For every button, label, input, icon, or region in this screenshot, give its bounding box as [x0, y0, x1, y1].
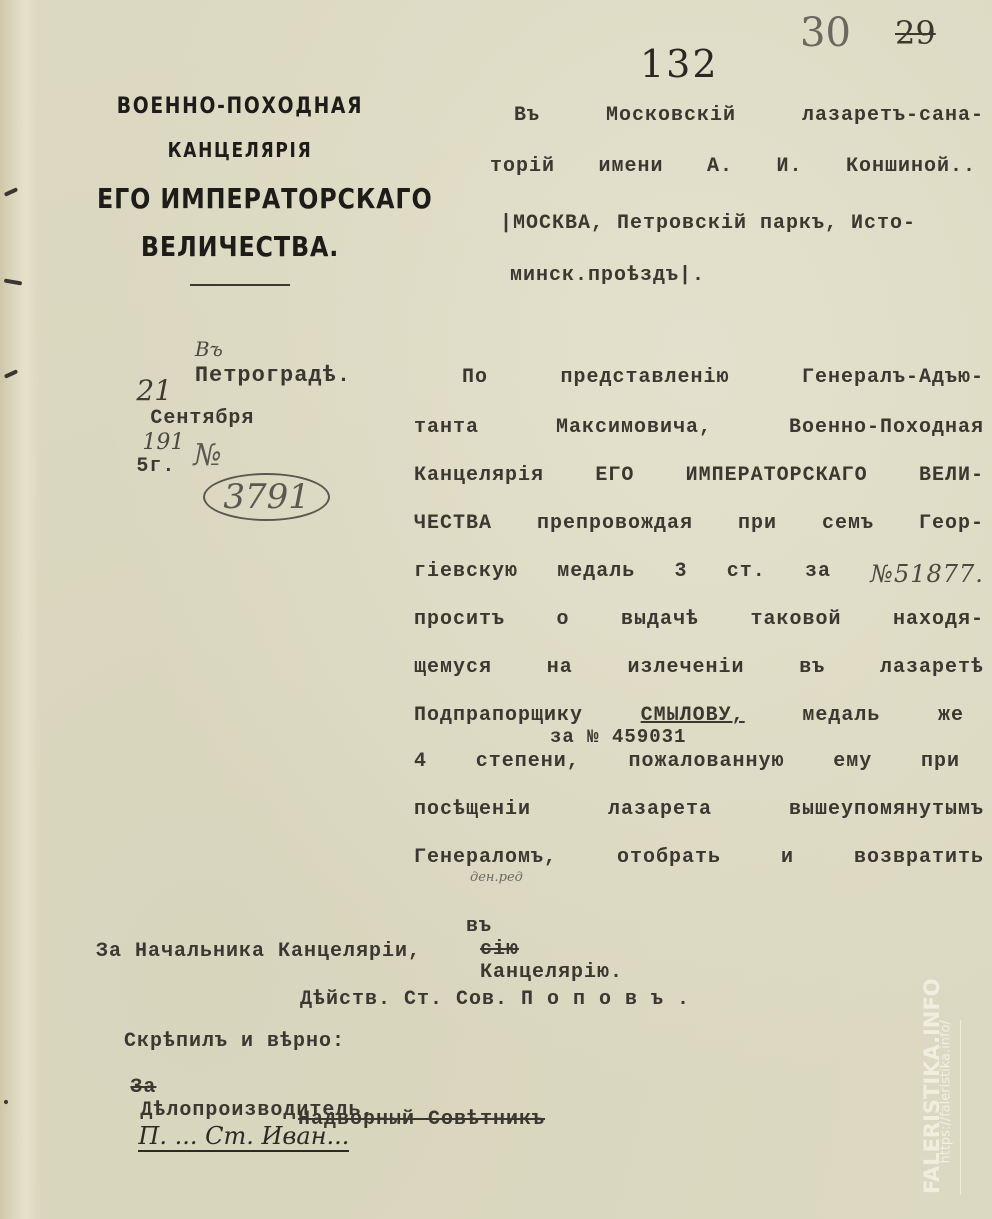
word: представленію [560, 366, 729, 389]
inserted-medal-number: за № 459031 [550, 726, 686, 748]
word: о [556, 608, 569, 631]
word: возвратить [854, 846, 984, 869]
body-line: По представленію Генералъ-Адъю- [462, 366, 984, 389]
page-number-typed: 132 [640, 42, 719, 86]
letterhead-line-2: КАНЦЕЛЯРІЯ [113, 138, 368, 162]
margin-mark [4, 187, 18, 197]
word: проситъ [414, 608, 505, 631]
word: ЕГО [595, 464, 634, 487]
word: отобрать [617, 846, 721, 869]
word: при [738, 512, 777, 535]
letterhead-divider [190, 284, 290, 286]
address-line-3: |МОСКВА, Петровскій паркъ, Исто- [500, 212, 916, 235]
word: торій [490, 155, 555, 178]
word: И. [776, 155, 802, 178]
margin-mark [4, 278, 22, 285]
word: А. [707, 155, 733, 178]
body-line: танта Максимовича, Военно-Походная [414, 416, 984, 439]
word: медаль [802, 704, 880, 727]
word: ВЕЛИ- [919, 464, 984, 487]
word: ст. [727, 560, 766, 588]
signer-line: Дѣйств. Ст. Сов. П о п о в ъ . [300, 988, 690, 1011]
page-number-struck: 29 [895, 14, 936, 52]
number-sign: № [193, 438, 221, 473]
word: выдачѣ [621, 608, 699, 631]
for-chief-line: За Начальника Канцеляріи, [96, 940, 421, 963]
word: Коншиной.. [846, 155, 976, 178]
word: щемуся [414, 656, 492, 679]
word: ИМПЕРАТОРСКАГО [686, 464, 868, 487]
word: посѣщеніи [414, 798, 531, 821]
word: ЧЕСТВА [414, 512, 492, 535]
word: при [921, 750, 960, 773]
body-line: щемуся на излеченіи въ лазаретѣ [414, 656, 984, 679]
word: Максимовича, [556, 416, 712, 439]
word: же [938, 704, 964, 727]
word: вышеупомянутымъ [789, 798, 984, 821]
letterhead-line-1: ВОЕННО-ПОХОДНАЯ [113, 94, 368, 119]
word: Канцелярія [414, 464, 544, 487]
word: 3 [675, 560, 688, 588]
struck-word: сію [480, 938, 519, 961]
word: танта [414, 416, 479, 439]
watermark-url: https://faleristika.info/ [939, 1018, 954, 1198]
word: семъ [822, 512, 874, 535]
watermark: FALERISTIKA.INFO https://faleristika.inf… [904, 1020, 964, 1195]
address-line-4: минск.проѣздъ|. [510, 264, 705, 287]
word: Военно-Походная [789, 416, 984, 439]
word: лазаретѣ [880, 656, 984, 679]
word: таковой [750, 608, 841, 631]
word: Генералъ-Адъю- [802, 366, 984, 389]
word: и [781, 846, 794, 869]
address-line-1: Въ Московскій лазаретъ-сана- [514, 104, 984, 127]
number-value: 3791 [203, 473, 330, 521]
word: препровождая [537, 512, 693, 535]
body-line: Канцелярія ЕГО ИМПЕРАТОРСКАГО ВЕЛИ- [414, 464, 984, 487]
date-day: 21 [136, 374, 172, 407]
struck-title: Надворный Совѣтникъ [298, 1108, 545, 1131]
word: Подпрапорщику [414, 704, 583, 727]
struck-prefix: За [130, 1076, 156, 1099]
word: пожалованную [628, 750, 784, 773]
word: По [462, 366, 488, 389]
surname-underlined: СМЫЛОВУ, [641, 704, 745, 727]
medal-number-handwritten: №51877. [870, 560, 984, 588]
word: излеченіи [627, 656, 744, 679]
word: имени [598, 155, 663, 178]
word: лазаретъ-сана- [802, 104, 984, 127]
body-line: Подпрапорщику СМЫЛОВУ, медаль же [414, 704, 964, 727]
margin-mark [3, 1099, 8, 1104]
margin-mark [4, 369, 18, 379]
word: ему [833, 750, 872, 773]
word: лазарета [608, 798, 712, 821]
word: гіевскую [414, 560, 518, 588]
word: 4 [414, 750, 427, 773]
letterhead-line-3: ЕГО ИМПЕРАТОРСКАГО [97, 182, 403, 215]
word: Генераломъ, [414, 846, 557, 869]
word: Канцелярію. [480, 961, 623, 984]
outgoing-number: № 3791 [155, 420, 330, 539]
attested-line: Скрѣпилъ и вѣрно: [124, 1030, 345, 1053]
letterhead-line-4: ВЕЛИЧЕСТВА. [113, 230, 368, 263]
watermark-divider [960, 1020, 961, 1195]
body-line: ЧЕСТВА препровождая при семъ Геор- [414, 512, 984, 535]
word: на [547, 656, 573, 679]
word: находя- [893, 608, 984, 631]
word: Московскій [606, 104, 736, 127]
word: степени, [476, 750, 580, 773]
word: медаль [557, 560, 635, 588]
handwritten-insert: ден.ред [470, 870, 523, 885]
word: за [805, 560, 831, 588]
word: Геор- [919, 512, 984, 535]
body-line: 4 степени, пожалованную ему при [414, 750, 960, 773]
body-line: проситъ о выдачѣ таковой находя- [414, 608, 984, 631]
word: Въ [514, 104, 540, 127]
address-line-2: торій имени А. И. Коншиной.. [490, 155, 976, 178]
body-line: гіевскую медаль 3 ст. за №51877. [414, 560, 984, 588]
word: въ [466, 915, 492, 938]
page-number-handwritten: 30 [800, 10, 851, 56]
word: въ [799, 656, 825, 679]
body-line: посѣщеніи лазарета вышеупомянутымъ [414, 798, 984, 821]
body-line: Генераломъ, отобрать и возвратить [414, 846, 984, 869]
